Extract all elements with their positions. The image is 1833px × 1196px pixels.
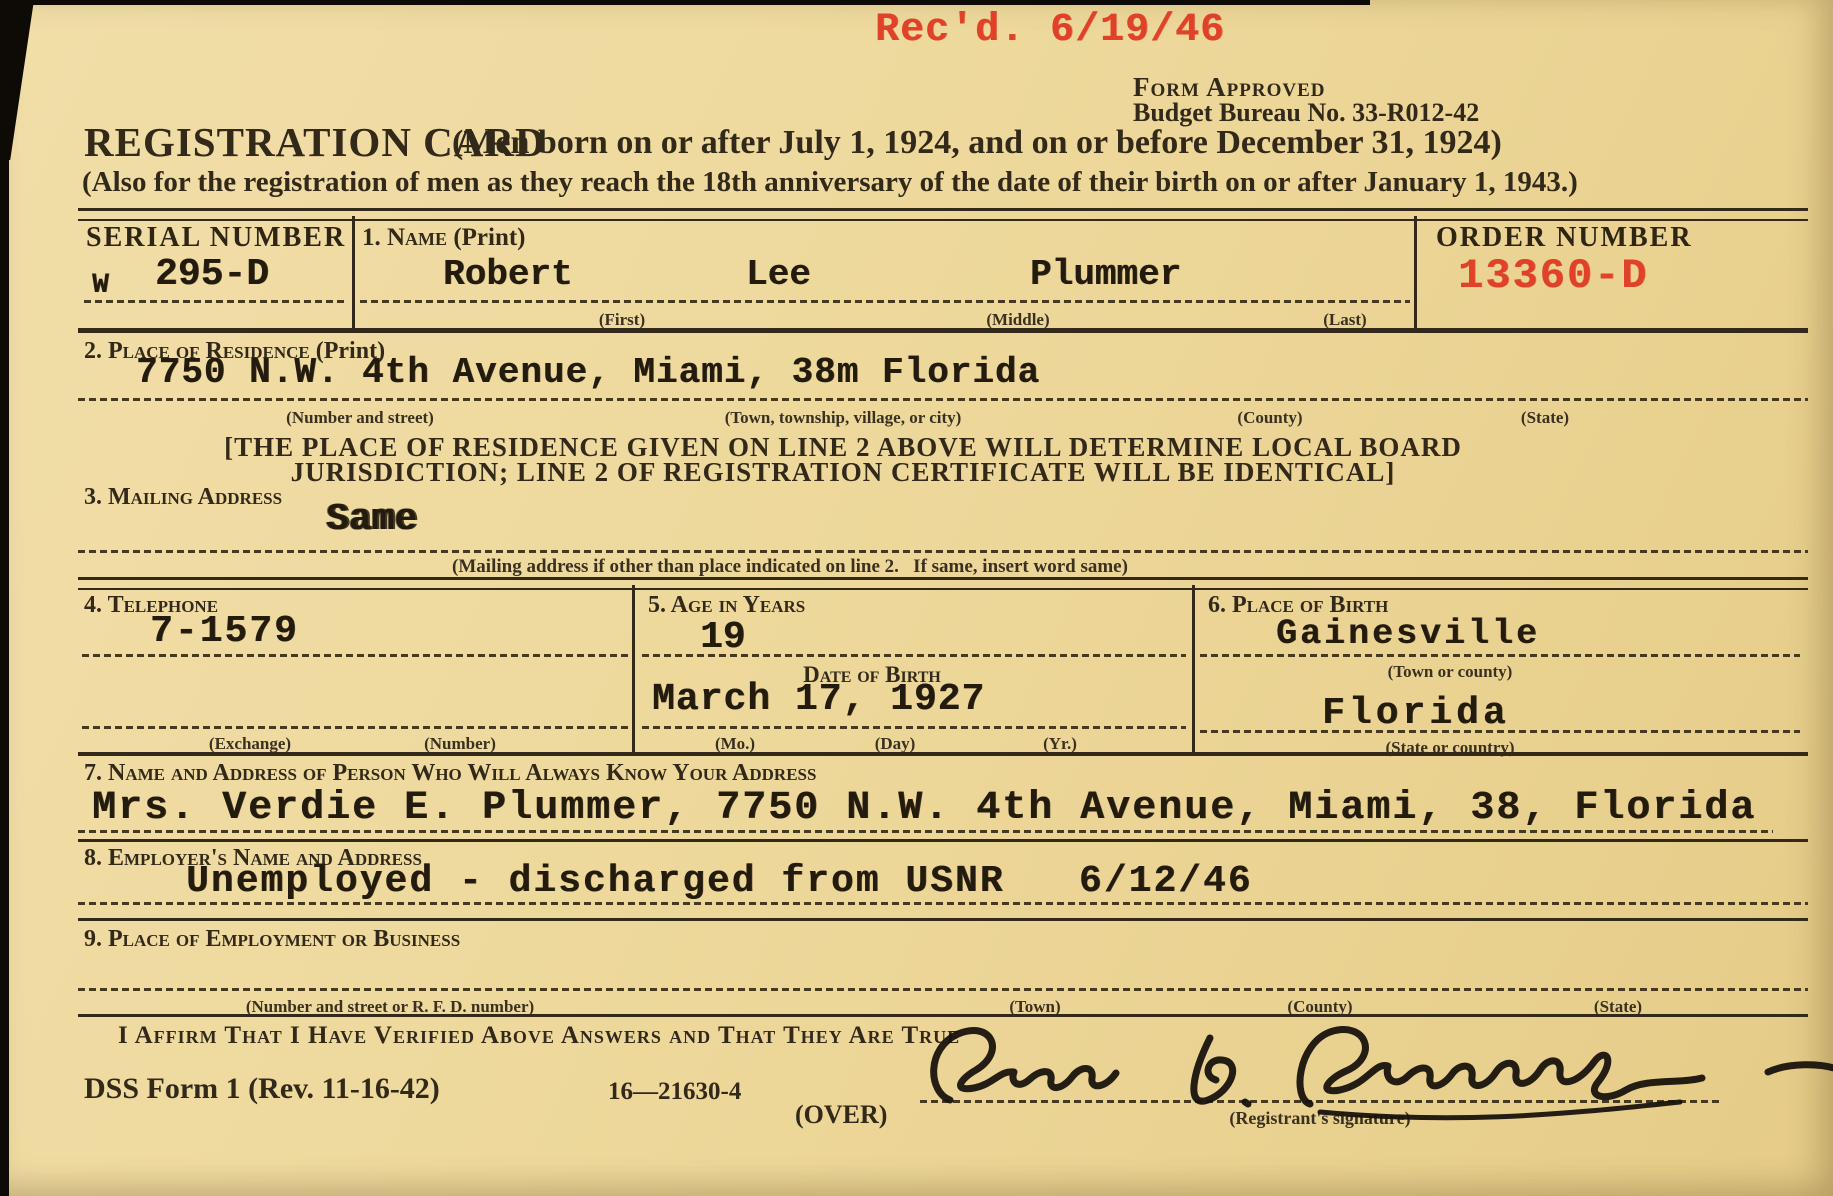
residence-line bbox=[78, 398, 1808, 401]
employer-value: Unemployed - discharged from USNR 6/12/4… bbox=[186, 860, 1253, 903]
mailing-hint: (Mailing address if other than place ind… bbox=[452, 556, 1128, 578]
name-first-value: Robert bbox=[443, 254, 573, 295]
residence-value: 7750 N.W. 4th Avenue, Miami, 38m Florida bbox=[136, 352, 1040, 393]
age-value: 19 bbox=[700, 616, 746, 659]
serial-number-label: SERIAL NUMBER bbox=[86, 222, 346, 254]
dob-sub-month: (Mo.) bbox=[715, 734, 755, 754]
telephone-sub-number: (Number) bbox=[424, 734, 496, 754]
over-note: (OVER) bbox=[795, 1100, 887, 1130]
employment-line bbox=[78, 988, 1808, 991]
title-qualifier: (Men born on or after July 1, 1924, and … bbox=[452, 124, 1502, 162]
residence-sub-town: (Town, township, village, or city) bbox=[725, 408, 962, 428]
board-notice-line2: JURISDICTION; LINE 2 OF REGISTRATION CER… bbox=[291, 457, 1396, 488]
dob-sub-day: (Day) bbox=[875, 734, 916, 754]
employer-line bbox=[78, 902, 1808, 905]
order-number-value: 13360-D bbox=[1458, 252, 1648, 300]
telephone-line2 bbox=[82, 726, 628, 729]
contact-label: 7. Name and Address of Person Who Will A… bbox=[84, 760, 816, 787]
telephone-sub-exchange: (Exchange) bbox=[209, 734, 291, 754]
rule-under-contact bbox=[78, 839, 1808, 842]
scan-edge-corner bbox=[0, 0, 34, 160]
birthplace-town-value: Gainesville bbox=[1276, 614, 1540, 654]
divider-age-birth bbox=[1192, 585, 1195, 755]
dob-value: March 17, 1927 bbox=[652, 678, 985, 721]
order-number-label: ORDER NUMBER bbox=[1436, 222, 1693, 254]
residence-sub-street: (Number and street) bbox=[286, 408, 434, 428]
scan-edge-mark-2 bbox=[0, 628, 5, 658]
serial-number-prefix: W bbox=[92, 270, 109, 301]
mailing-value: Same bbox=[326, 498, 417, 541]
birthplace-state-value: Florida bbox=[1322, 692, 1510, 735]
signature-middle-initial-stroke bbox=[1194, 1038, 1233, 1101]
contact-line bbox=[78, 830, 1773, 833]
birthplace-town-sub: (Town or county) bbox=[1388, 662, 1513, 682]
name-line bbox=[360, 300, 1410, 303]
title-subtitle: (Also for the registration of men as the… bbox=[82, 166, 1578, 199]
rule-under-title bbox=[78, 208, 1808, 221]
residence-sub-county: (County) bbox=[1237, 408, 1302, 428]
scan-edge-left bbox=[0, 0, 9, 1196]
name-label: 1. Name (Print) bbox=[362, 224, 526, 252]
name-sub-last: (Last) bbox=[1323, 310, 1366, 330]
signature-last-name-stroke bbox=[1300, 1030, 1702, 1104]
print-code: 16—21630-4 bbox=[608, 1078, 741, 1106]
received-stamp: Rec'd. 6/19/46 bbox=[875, 8, 1225, 53]
dob-sub-year: (Yr.) bbox=[1043, 734, 1077, 754]
name-middle-value: Lee bbox=[746, 254, 811, 295]
name-label-suffix: (Print) bbox=[453, 224, 525, 251]
registration-card-scan: Rec'd. 6/19/46 Form Approved Budget Bure… bbox=[0, 0, 1833, 1196]
signature-first-name-stroke bbox=[934, 1031, 1116, 1100]
name-sub-first: (First) bbox=[599, 310, 645, 330]
name-sub-middle: (Middle) bbox=[986, 310, 1049, 330]
telephone-value: 7-1579 bbox=[150, 610, 299, 653]
form-id: DSS Form 1 (Rev. 11-16-42) bbox=[84, 1072, 440, 1106]
divider-tel-age bbox=[632, 585, 635, 755]
birthplace-town-line bbox=[1200, 654, 1800, 657]
rule-under-employer bbox=[78, 918, 1808, 921]
divider-name-order bbox=[1414, 216, 1417, 332]
registrant-signature bbox=[890, 1000, 1833, 1140]
name-last-value: Plummer bbox=[1030, 254, 1181, 295]
signature-period-stroke bbox=[1245, 1102, 1248, 1104]
rule-under-row456 bbox=[78, 752, 1808, 756]
contact-value: Mrs. Verdie E. Plummer, 7750 N.W. 4th Av… bbox=[92, 786, 1756, 831]
rule-under-mailing bbox=[78, 577, 1808, 590]
divider-serial-name bbox=[352, 216, 355, 332]
scan-edge-top bbox=[0, 0, 1370, 5]
employment-label: 9. Place of Employment or Business bbox=[84, 926, 460, 953]
serial-number-value: 295-D bbox=[155, 253, 269, 296]
signature-end-dash-stroke bbox=[1768, 1065, 1833, 1072]
mailing-label: 3. Mailing Address bbox=[84, 484, 282, 511]
serial-number-line bbox=[84, 300, 344, 303]
scan-edge-mark-3 bbox=[0, 898, 6, 934]
rule-under-row1 bbox=[78, 328, 1808, 333]
age-line bbox=[642, 654, 1186, 657]
affirmation-text: I Affirm That I Have Verified Above Answ… bbox=[118, 1022, 960, 1050]
telephone-line1 bbox=[82, 654, 628, 657]
mailing-line bbox=[78, 550, 1808, 553]
dob-line bbox=[642, 726, 1186, 729]
residence-sub-state: (State) bbox=[1521, 408, 1569, 428]
scan-edge-mark-1 bbox=[0, 480, 6, 522]
age-label: 5. Age in Years bbox=[648, 592, 805, 619]
birthplace-state-line bbox=[1200, 730, 1800, 733]
name-label-text: 1. Name bbox=[362, 224, 447, 251]
signature-flourish-stroke bbox=[1320, 1102, 1680, 1118]
